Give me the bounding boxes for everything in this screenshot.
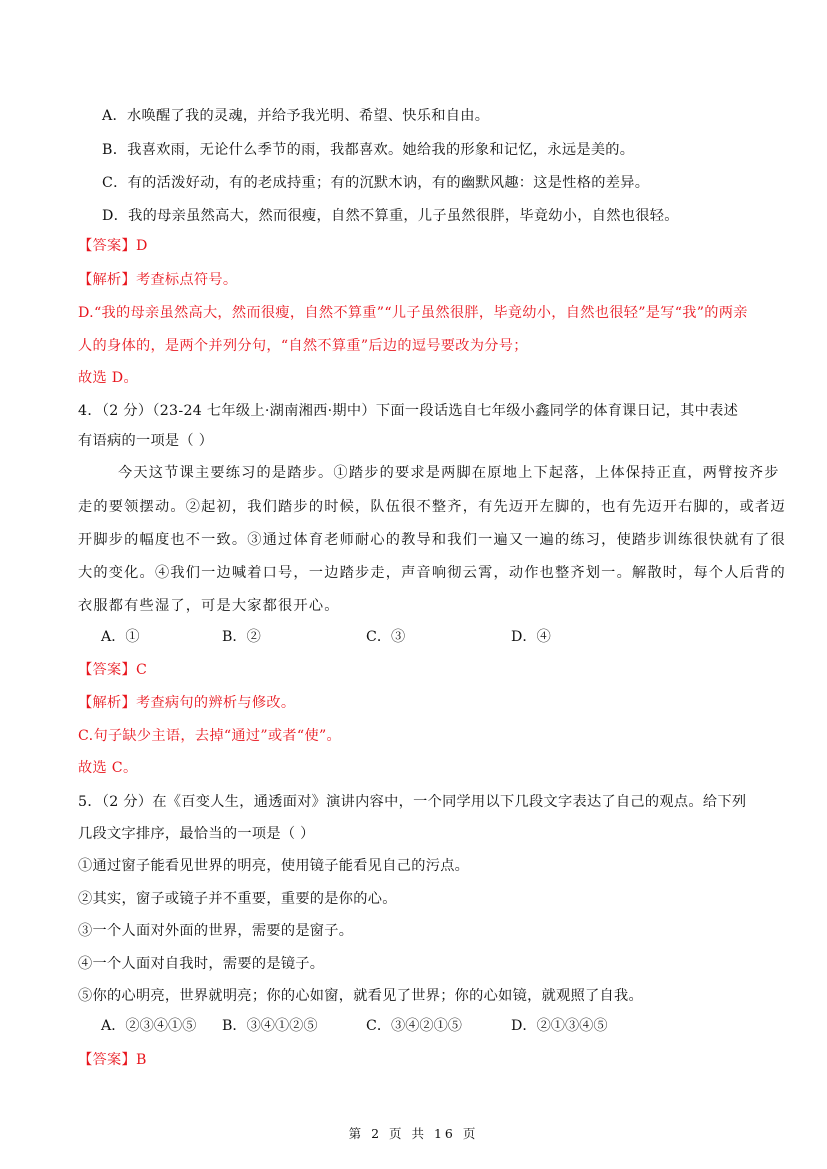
document-page: A．水唤醒了我的灵魂，并给予我光明、希望、快乐和自由。 B．我喜欢雨，无论什么季…: [0, 0, 827, 1169]
q4-passage-line-5: 衣服都有些湿了，可是大家都很开心。: [78, 596, 340, 616]
q4-answer: 【答案】C: [78, 660, 147, 680]
q4-analysis: 【解析】考查病句的辨析与修改。: [78, 693, 295, 713]
q5-stem-line-2: 几段文字排序，最恰当的一项是（ ）: [78, 824, 315, 844]
q4-choice-d: D．④: [511, 627, 551, 647]
q5-choice-c: C．③④②①⑤: [366, 1016, 462, 1036]
q3-option-b: B．我喜欢雨，无论什么季节的雨，我都喜欢。她给我的形象和记忆，永远是美的。: [102, 140, 634, 160]
q5-choice-b: B．③④①②⑤: [222, 1016, 318, 1036]
q5-stem-line-1: 5．（2 分）在《百变人生，通透面对》演讲内容中，一个同学用以下几段文字表达了自…: [78, 792, 746, 812]
q4-choice-b: B．②: [222, 627, 261, 647]
q4-passage-line-3: 开脚步的幅度也不一致。③通过体育老师耐心的教导和我们一遍又一遍的练习，使踏步训练…: [78, 530, 786, 550]
q4-passage-line-1: 今天这节课主要练习的是踏步。①踏步的要求是两脚在原地上下起落，上体保持正直，两臂…: [118, 463, 780, 483]
page-number-footer: 第 2 页 共 16 页: [0, 1124, 827, 1142]
q3-analysis: 【解析】考查标点符号。: [78, 270, 237, 290]
q4-stem-line-1: 4．（2 分）（23-24 七年级上·湖南湘西·期中）下面一段话选自七年级小鑫同…: [78, 401, 738, 421]
q3-option-c: C．有的活泼好动，有的老成持重；有的沉默木讷，有的幽默风趣：这是性格的差异。: [102, 173, 649, 193]
q4-choice-c: C．③: [366, 627, 405, 647]
q5-item-2: ②其实，窗子或镜子并不重要，重要的是你的心。: [78, 889, 397, 909]
q3-answer: 【答案】D: [78, 236, 148, 256]
q5-answer: 【答案】B: [78, 1050, 147, 1070]
q3-explanation-line-1: D.“我的母亲虽然高大，然而很瘦，自然不算重”“儿子虽然很胖，毕竟幼小，自然也很…: [78, 303, 748, 323]
q4-passage-line-4: 大的变化。④我们一边喊着口号，一边踏步走，声音响彻云霄，动作也整齐划一。解散时，…: [78, 563, 786, 583]
q5-item-3: ③一个人面对外面的世界，需要的是窗子。: [78, 921, 353, 941]
q3-explanation-line-2: 人的身体的，是两个并列分句，“自然不算重”后边的逗号要改为分号；: [78, 336, 528, 356]
q4-choice-a: A．①: [101, 627, 140, 647]
q4-passage-line-2: 走的要领摆动。②起初，我们踏步的时候，队伍很不整齐，有先迈开左脚的，也有先迈开右…: [78, 497, 786, 517]
q4-stem-line-2: 有语病的一项是（ ）: [78, 431, 213, 451]
q5-item-1: ①通过窗子能看见世界的明亮，使用镜子能看见自己的污点。: [78, 856, 469, 876]
q3-option-d: D．我的母亲虽然高大，然而很瘦，自然不算重，儿子虽然很胖，毕竟幼小，自然也很轻。: [102, 206, 679, 226]
q3-option-a: A．水唤醒了我的灵魂，并给予我光明、希望、快乐和自由。: [102, 106, 489, 126]
q5-item-5: ⑤你的心明亮，世界就明亮；你的心如窗，就看见了世界；你的心如镜，就观照了自我。: [78, 986, 643, 1006]
q5-choice-a: A．②③④①⑤: [101, 1016, 196, 1036]
q5-item-4: ④一个人面对自我时，需要的是镜子。: [78, 954, 324, 974]
q4-conclusion: 故选 C。: [78, 758, 137, 778]
q4-explanation: C.句子缺少主语，去掉“通过”或者“使”。: [78, 726, 341, 746]
q5-choice-d: D．②①③④⑤: [511, 1016, 608, 1036]
q3-conclusion: 故选 D。: [78, 368, 138, 388]
